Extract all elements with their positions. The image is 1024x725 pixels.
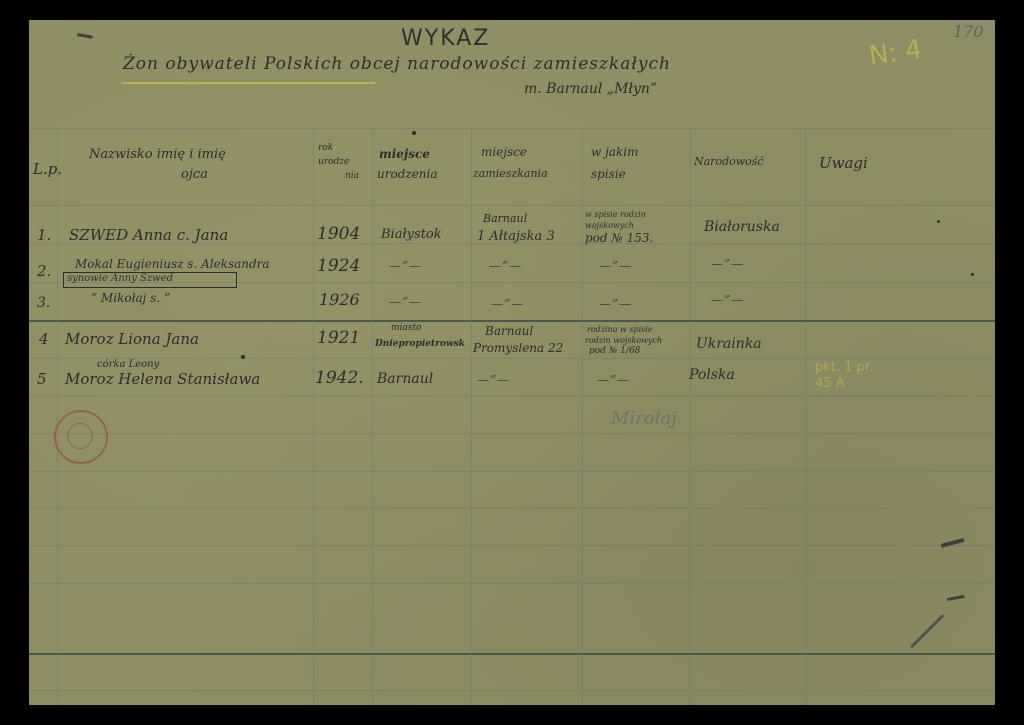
rule-line bbox=[29, 545, 995, 546]
header-year-line2: urodze bbox=[318, 158, 349, 167]
rule-line-divider bbox=[29, 320, 995, 322]
column-line bbox=[372, 128, 373, 705]
column-line bbox=[313, 128, 314, 705]
signature: Mirołaj bbox=[611, 410, 677, 428]
header-list-line2: spisie bbox=[591, 168, 626, 180]
page-number: 170 bbox=[953, 24, 984, 40]
column-line bbox=[690, 128, 691, 705]
document-title: WYKAZ bbox=[401, 28, 490, 50]
row-list: w spisie rodzin bbox=[585, 211, 646, 219]
row-year: 1926 bbox=[319, 292, 360, 308]
row-nationality: Białoruska bbox=[704, 220, 780, 234]
header-residence-line2: zamieszkania bbox=[473, 168, 548, 179]
rule-line bbox=[29, 690, 995, 691]
header-name: Nazwisko imię i imię bbox=[89, 148, 226, 161]
row-list-line3: pod № 1/68 bbox=[589, 347, 640, 356]
row-lp: 4 bbox=[39, 332, 49, 347]
rule-line bbox=[29, 128, 995, 129]
row-birthplace: miasto bbox=[391, 324, 421, 333]
row-list-line2: wojskowych bbox=[585, 222, 634, 230]
row-residence: Barnaul bbox=[485, 325, 533, 337]
header-residence: miejsce bbox=[481, 146, 527, 158]
row-year: 1921 bbox=[317, 330, 360, 347]
row-list: —”— bbox=[597, 374, 630, 386]
document-page: 170 N: 4 WYKAZ Żon obywateli Polskich ob… bbox=[29, 20, 995, 705]
row-name: ” Mikołaj s. ” bbox=[91, 292, 170, 304]
header-notes: Uwagi bbox=[819, 156, 868, 171]
row-birthplace: Barnaul bbox=[377, 372, 433, 386]
row-birthplace: —”— bbox=[389, 260, 422, 272]
rule-line bbox=[29, 471, 995, 472]
row-nationality: —”— bbox=[711, 258, 744, 270]
row-list: —”— bbox=[599, 260, 632, 272]
header-year-line3: nia bbox=[345, 172, 359, 181]
row-nationality: Polska bbox=[689, 368, 735, 382]
row-birthplace: Białystok bbox=[381, 228, 442, 241]
row-year: 1942. bbox=[315, 370, 364, 387]
yellow-annotation-top: N: 4 bbox=[867, 36, 923, 69]
header-birthplace-line2: urodzenia bbox=[377, 168, 438, 180]
row-year: 1904 bbox=[317, 226, 360, 243]
pencil-mark bbox=[910, 614, 945, 649]
rule-line bbox=[29, 358, 995, 359]
column-line bbox=[582, 128, 583, 705]
ink-mark bbox=[77, 33, 93, 39]
header-birthplace: miejsce bbox=[379, 148, 430, 160]
rule-line-divider bbox=[29, 653, 995, 655]
row-name: Mokal Eugieniusz s. Aleksandra bbox=[75, 258, 270, 270]
row-birthplace-line2: Dniepropietrowsk bbox=[375, 340, 465, 349]
ink-dot bbox=[971, 273, 974, 276]
rule-line bbox=[29, 395, 995, 396]
row-residence: —”— bbox=[477, 374, 510, 386]
header-name-line2: ojca bbox=[181, 168, 208, 181]
column-line bbox=[805, 128, 806, 705]
yellow-annotation-side: pkt. 1 pr. 45 A bbox=[815, 360, 885, 391]
row-residence-line2: Promyslena 22 bbox=[473, 342, 563, 354]
row-list-line3: pod № 153. bbox=[585, 232, 653, 244]
ink-dot bbox=[937, 220, 940, 223]
row-year: 1924 bbox=[317, 258, 360, 275]
row-residence: —”— bbox=[491, 298, 524, 310]
row-residence: Barnaul bbox=[483, 213, 527, 224]
rule-line bbox=[29, 583, 995, 584]
row-name: SZWED Anna c. Jana bbox=[69, 228, 228, 243]
row-birthplace: —”— bbox=[389, 296, 422, 308]
header-lp: L.p. bbox=[33, 162, 62, 177]
column-line bbox=[471, 128, 472, 705]
rule-line bbox=[29, 433, 995, 434]
row-list: —”— bbox=[599, 298, 632, 310]
row-residence: —”— bbox=[489, 260, 522, 272]
ink-dot bbox=[412, 131, 416, 135]
rule-line bbox=[29, 508, 995, 509]
row-lp: 1. bbox=[37, 228, 51, 243]
pencil-mark bbox=[940, 538, 964, 548]
yellow-underline bbox=[121, 82, 376, 84]
document-subtitle: Żon obywateli Polskich obcej narodowości… bbox=[123, 56, 671, 73]
row-nationality: —”— bbox=[711, 294, 744, 306]
column-line bbox=[57, 128, 58, 705]
header-list: w jakim bbox=[591, 146, 638, 158]
row-lp: 5 bbox=[37, 372, 47, 387]
pencil-mark bbox=[947, 595, 965, 601]
header-year: rok bbox=[318, 144, 333, 153]
row-list-line2: rodzin wojskowych bbox=[585, 337, 662, 345]
row-name: Moroz Liona Jana bbox=[65, 332, 199, 347]
header-nationality: Narodowość bbox=[694, 156, 764, 167]
row-list: rodzina w spisie bbox=[587, 326, 653, 334]
ink-dot bbox=[241, 355, 245, 359]
row-lp: 2. bbox=[37, 264, 51, 279]
document-location: m. Barnaul „Młyn” bbox=[524, 82, 657, 96]
row-name: Moroz Helena Stanisława bbox=[65, 372, 260, 387]
row-lp: 3. bbox=[37, 296, 50, 310]
rule-line bbox=[29, 205, 995, 206]
row-name-note: synowie Anny Szwed bbox=[67, 274, 173, 284]
row-residence-line2: 1 Ałtajska 3 bbox=[477, 230, 555, 243]
row-name-note: córka Leony bbox=[97, 360, 159, 370]
row-nationality: Ukrainka bbox=[696, 337, 762, 351]
archive-stamp-icon bbox=[54, 410, 108, 464]
